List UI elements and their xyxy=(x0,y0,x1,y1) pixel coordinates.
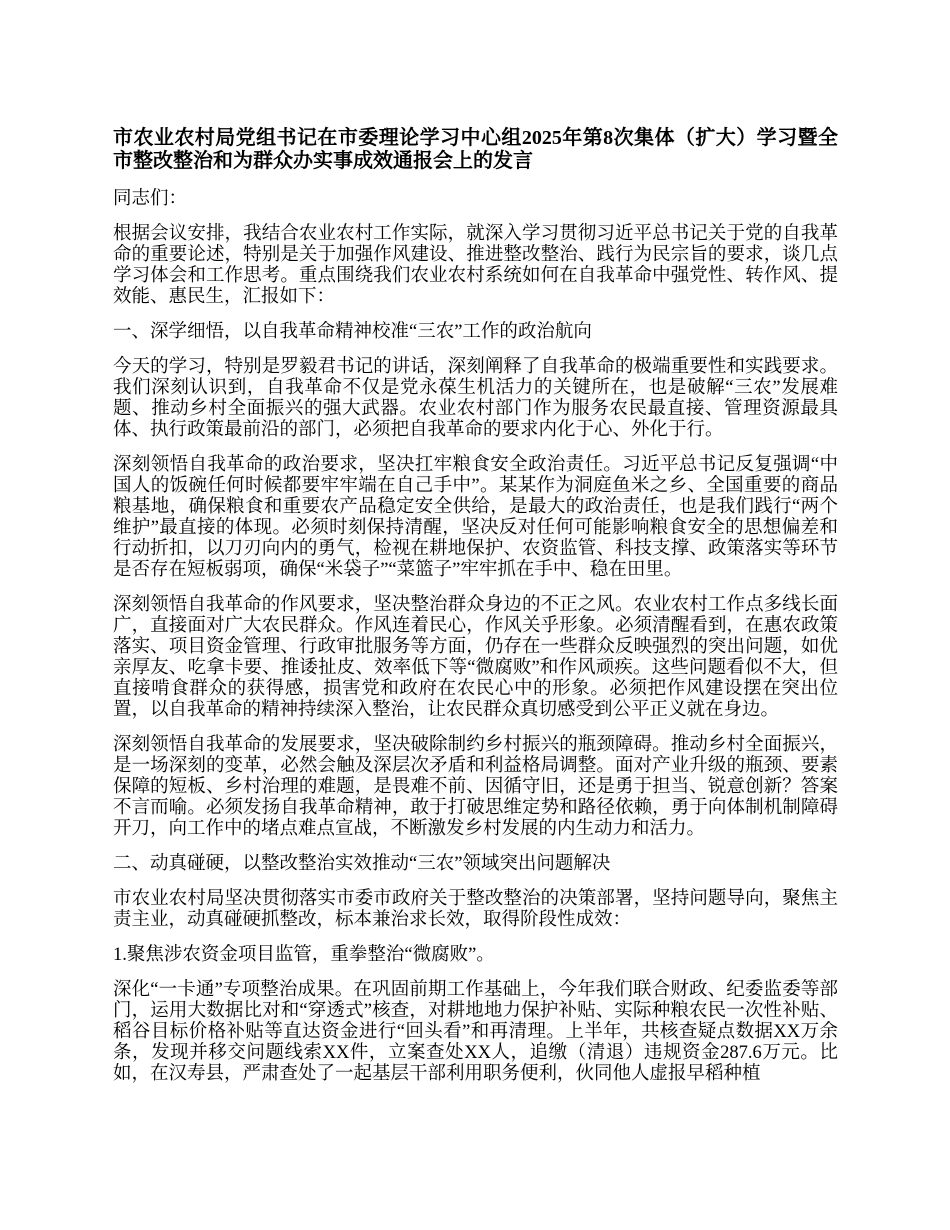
section-1-heading: 一、深学细悟，以自我革命精神校准“三农”工作的政治航向 xyxy=(113,322,838,343)
section-2-heading: 二、动真碰硬，以整改整治实效推动“三农”领域突出问题解决 xyxy=(113,854,838,875)
section-1-paragraph-3: 深刻领悟自我革命的作风要求，坚决整治群众身边的不正之风。农业农村工作点多线长面广… xyxy=(113,595,838,721)
section-2-item-1-heading: 1.聚焦涉农资金项目监管，重拳整治“微腐败”。 xyxy=(113,945,838,966)
document-title: 市农业农村局党组书记在市委理论学习中心组2025年第8次集体（扩大）学习暨全市整… xyxy=(113,127,838,173)
section-1-paragraph-1: 今天的学习，特别是罗毅君书记的讲话，深刻阐释了自我革命的极端重要性和实践要求。我… xyxy=(113,357,838,441)
salutation: 同志们： xyxy=(113,189,838,210)
section-2-intro-paragraph: 市农业农村局坚决贯彻落实市委市政府关于整改整治的决策部署，坚持问题导向，聚焦主责… xyxy=(113,889,838,931)
section-1-paragraph-4: 深刻领悟自我革命的发展要求，坚决破除制约乡村振兴的瓶颈障碍。推动乡村全面振兴，是… xyxy=(113,735,838,840)
section-2-item-1-paragraph-1: 深化“一卡通”专项整治成果。在巩固前期工作基础上，今年我们联合财政、纪委监委等部… xyxy=(113,980,838,1085)
document-page: 市农业农村局党组书记在市委理论学习中心组2025年第8次集体（扩大）学习暨全市整… xyxy=(0,0,950,1230)
section-1-paragraph-2: 深刻领悟自我革命的政治要求，坚决扛牢粮食安全政治责任。习近平总书记反复强调“中国… xyxy=(113,455,838,581)
intro-paragraph: 根据会议安排，我结合农业农村工作实际，就深入学习贯彻习近平总书记关于党的自我革命… xyxy=(113,224,838,308)
